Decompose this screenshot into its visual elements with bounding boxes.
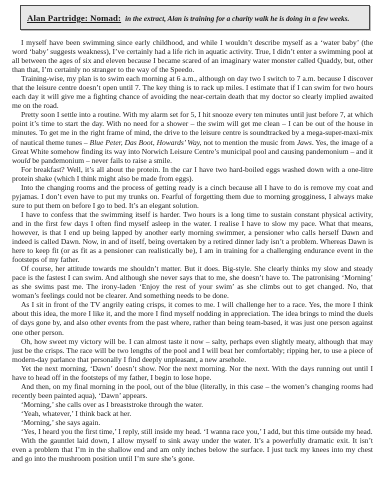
document-subtitle: in the extract, Alan is training for a c… xyxy=(125,15,349,23)
text-run: not to mention the music from xyxy=(202,138,297,147)
paragraph: For breakfast? Well, it’s all about the … xyxy=(12,165,373,183)
text-run: And then, on my final morning in the poo… xyxy=(12,382,373,400)
paragraph: As I sit in front of the TV angrily eati… xyxy=(12,300,373,336)
text-run: With the gauntlet laid down, I allow mys… xyxy=(12,436,373,463)
text-run: ‘Morning,’ she says again. xyxy=(21,418,100,427)
paragraph: Of course, her attitude towards me shoul… xyxy=(12,264,373,300)
title-banner: Alan Partridge: Nomad: in the extract, A… xyxy=(20,5,370,30)
text-run: ‘Yeah, whatever,’ I think back at her. xyxy=(21,409,131,418)
italic-text-run: would xyxy=(12,156,30,165)
text-run: Training-wise, my plan is to swim each m… xyxy=(12,74,373,110)
text-run: For breakfast? Well, it’s all about the … xyxy=(12,165,373,183)
text-run: Into the changing rooms and the process … xyxy=(12,183,373,210)
paragraph: Pretty soon I settle into a routine. Wit… xyxy=(12,110,373,164)
text-run: ‘Yes, I heard you the first time,’ I rep… xyxy=(21,427,373,436)
paragraph: With the gauntlet laid down, I allow mys… xyxy=(12,436,373,463)
text-run: Of course, her attitude towards me shoul… xyxy=(12,264,373,300)
text-run: ‘Morning,’ she calls over as I breaststr… xyxy=(21,400,203,409)
italic-text-run: Jaws xyxy=(297,138,312,147)
paragraph: ‘Morning,’ she says again. xyxy=(12,418,373,427)
document-page: Alan Partridge: Nomad: in the extract, A… xyxy=(0,0,386,500)
text-run: I myself have been swimming since early … xyxy=(12,38,373,74)
paragraph: And then, on my final morning in the poo… xyxy=(12,382,373,400)
document-body: I myself have been swimming since early … xyxy=(12,38,373,463)
italic-text-run: Blue Peter, Das Boot, Howards’ Way, xyxy=(90,138,202,147)
paragraph: ‘Yeah, whatever,’ I think back at her. xyxy=(12,409,373,418)
text-run: As I sit in front of the TV angrily eati… xyxy=(12,300,373,336)
document-title: Alan Partridge: Nomad: xyxy=(27,13,121,23)
paragraph: Oh, how sweet my victory will be. I can … xyxy=(12,337,373,364)
paragraph: ‘Yes, I heard you the first time,’ I rep… xyxy=(12,427,373,436)
paragraph: I myself have been swimming since early … xyxy=(12,38,373,74)
text-run: be pandemonium – never fails to raise a … xyxy=(30,156,172,165)
text-run: Yet the next morning, ‘Dawn’ doesn’t sho… xyxy=(12,364,373,382)
text-run: Oh, how sweet my victory will be. I can … xyxy=(12,337,373,364)
paragraph: Training-wise, my plan is to swim each m… xyxy=(12,74,373,110)
paragraph: I have to confess that the swimming itse… xyxy=(12,210,373,264)
text-run: I have to confess that the swimming itse… xyxy=(12,210,373,264)
paragraph: ‘Morning,’ she calls over as I breaststr… xyxy=(12,400,373,409)
paragraph: Yet the next morning, ‘Dawn’ doesn’t sho… xyxy=(12,364,373,382)
paragraph: Into the changing rooms and the process … xyxy=(12,183,373,210)
